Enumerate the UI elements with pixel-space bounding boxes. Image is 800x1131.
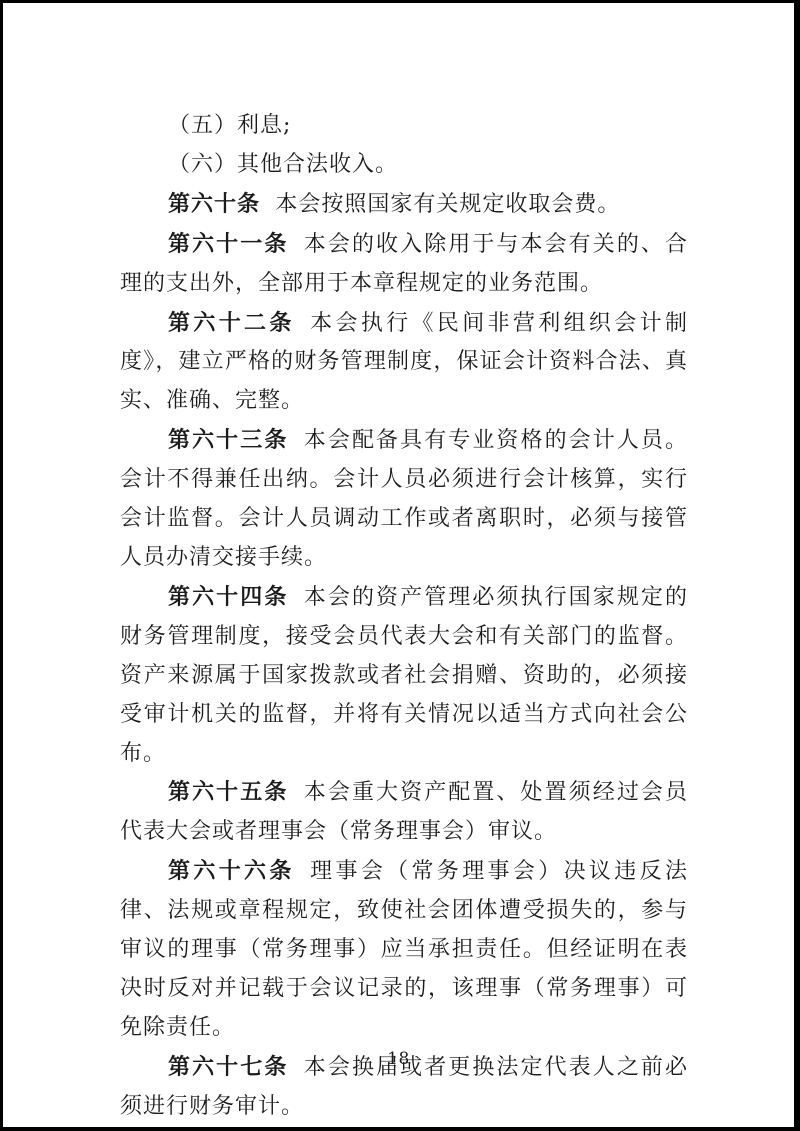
paragraph: 第六十五条本会重大资产配置、处置须经过会员代表大会或者理事会（常务理事会）审议。 — [120, 773, 688, 852]
paragraph: 第六十二条本会执行《民间非营利组织会计制度》，建立严格的财务管理制度，保证会计资… — [120, 304, 688, 422]
article-number: 第六十四条 — [168, 584, 288, 610]
paragraph: 第六十三条本会配备具有专业资格的会计人员。会计不得兼任出纳。会计人员必须进行会计… — [120, 421, 688, 578]
article-number: 第六十一条 — [168, 231, 288, 257]
article-number: 第六十三条 — [168, 427, 288, 453]
paragraph: 第六十六条理事会（常务理事会）决议违反法律、法规或章程规定，致使社会团体遭受损失… — [120, 852, 688, 1048]
paragraph-text: （六）其他合法收入。 — [168, 152, 398, 177]
article-number: 第六十五条 — [168, 779, 288, 805]
paragraph: 第六十四条本会的资产管理必须执行国家规定的财务管理制度，接受会员代表大会和有关部… — [120, 578, 688, 774]
paragraph: （六）其他合法收入。 — [120, 146, 688, 185]
article-number: 第六十条 — [168, 191, 260, 217]
paragraph-text: 本会的资产管理必须执行国家规定的财务管理制度，接受会员代表大会和有关部门的监督。… — [120, 585, 688, 766]
document-body: （五）利息;（六）其他合法收入。第六十条本会按照国家有关规定收取会费。第六十一条… — [120, 107, 688, 1127]
page-number: 18 — [3, 1049, 794, 1069]
paragraph: 第六十一条本会的收入除用于与本会有关的、合理的支出外，全部用于本章程规定的业务范… — [120, 225, 688, 304]
article-number: 第六十六条 — [168, 858, 295, 884]
paragraph-text: （五）利息; — [168, 113, 291, 138]
paragraph: （五）利息; — [120, 107, 688, 146]
document-page: （五）利息;（六）其他合法收入。第六十条本会按照国家有关规定收取会费。第六十一条… — [0, 0, 800, 1131]
paragraph-text: 理事会（常务理事会）决议违反法律、法规或章程规定，致使社会团体遭受损失的，参与审… — [120, 859, 688, 1040]
article-number: 第六十二条 — [168, 310, 295, 336]
paragraph: 第六十条本会按照国家有关规定收取会费。 — [120, 185, 688, 225]
paragraph-text: 本会按照国家有关规定收取会费。 — [275, 192, 620, 217]
